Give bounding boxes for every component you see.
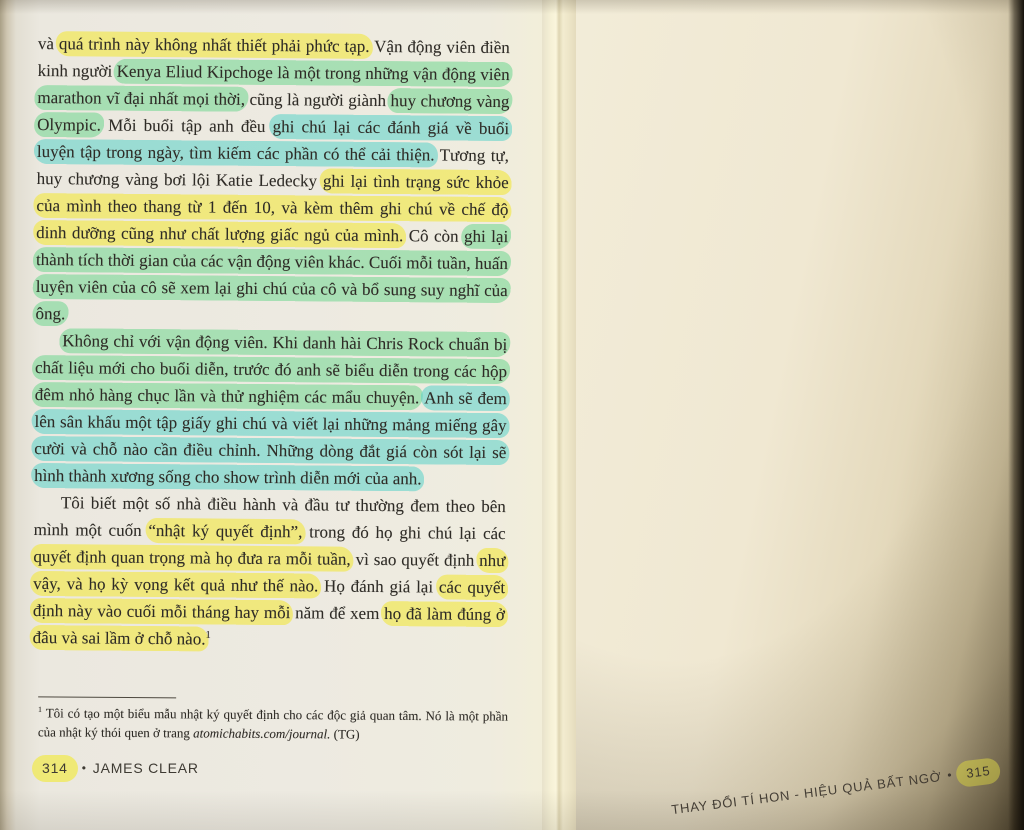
- footer-separator: •: [76, 761, 93, 775]
- highlight-yellow: quá trình này không nhất thiết phải phức…: [56, 31, 373, 59]
- text-run: vì sao quyết định: [351, 550, 480, 570]
- text-run: Cô còn: [403, 226, 464, 246]
- page-gutter: [542, 0, 576, 830]
- text-run: cũng là người giành: [245, 90, 391, 110]
- text-run: trong đó họ ghi chú lại các: [302, 522, 505, 543]
- page-number: 315: [965, 763, 991, 781]
- text-run: năm để xem: [290, 603, 384, 623]
- highlight-yellow: quyết định quan trọng mà họ đưa ra mỗi t…: [30, 544, 354, 572]
- page-number-highlight: 315: [955, 757, 1002, 788]
- right-page: Cải thiện không phải chỉ là câu chuyện v…: [576, 0, 1024, 830]
- footnote: 1 Tôi có tạo một biểu mẫu nhật ký quyết …: [38, 704, 508, 744]
- text-run: 1: [205, 629, 210, 648]
- highlight-yellow: “nhật ký quyết định”,: [145, 518, 305, 544]
- footnote-rule: [38, 696, 176, 698]
- text-run: (TG): [330, 726, 359, 741]
- running-title: JAMES CLEAR: [93, 760, 199, 776]
- left-page-text: và quá trình này không nhất thiết phải p…: [33, 30, 510, 655]
- running-title: THAY ĐỔI TÍ HON - HIỆU QUẢ BẤT NGỜ: [670, 769, 942, 817]
- page-number: 314: [42, 760, 68, 776]
- text-run: Họ đánh giá lại: [318, 576, 439, 596]
- paragraph: và quá trình này không nhất thiết phải p…: [35, 30, 510, 331]
- page-number-highlight: 314: [32, 755, 78, 782]
- paragraph: Tôi biết một số nhà điều hành và đầu tư …: [33, 489, 506, 655]
- right-page-footer: THAY ĐỔI TÍ HON - HIỆU QUẢ BẤT NGỜ•315: [670, 762, 999, 818]
- text-run: Mỗi buổi tập anh đều: [101, 116, 273, 136]
- book-photo: và quá trình này không nhất thiết phải p…: [0, 0, 1024, 830]
- text-run: atomichabits.com/journal.: [193, 725, 330, 741]
- paragraph: Không chỉ với vận động viên. Khi danh hà…: [34, 327, 507, 493]
- left-page-footer: 314•JAMES CLEAR: [34, 760, 199, 777]
- footnote-text: 1 Tôi có tạo một biểu mẫu nhật ký quyết …: [38, 704, 508, 744]
- left-page-footnotes: 1 Tôi có tạo một biểu mẫu nhật ký quyết …: [38, 696, 508, 746]
- left-page: và quá trình này không nhất thiết phải p…: [0, 0, 542, 830]
